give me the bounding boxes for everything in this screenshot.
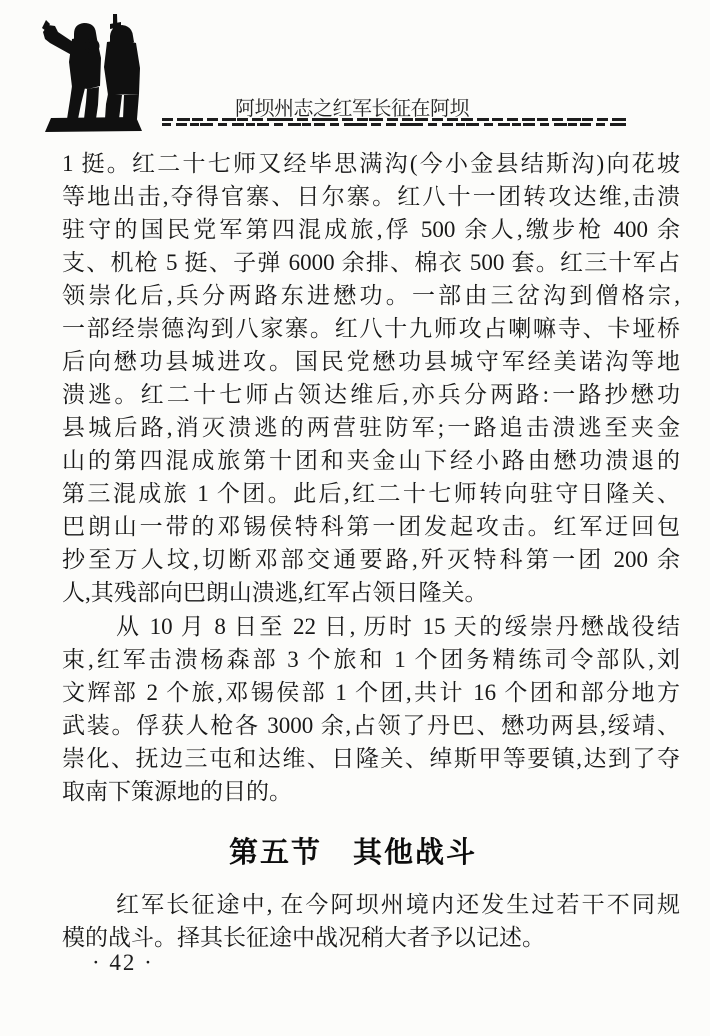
- text-line: 等地出击,夺得官寨、日尔寨。红八十一团转攻达维,击溃: [62, 180, 680, 213]
- header-dashed-rule: [162, 116, 626, 128]
- dash-row-bottom: [162, 123, 626, 126]
- text-line: 县城后路,消灭溃逃的两营驻防军;一路追击溃逃至夹金: [62, 411, 680, 444]
- text-line: 模的战斗。择其长征途中战况稍大者予以记述。: [62, 921, 680, 954]
- paragraph-campaign-summary: 从 10 月 8 日至 22 日, 历时 15 天的绥崇丹懋战役结束,红军击溃杨…: [62, 610, 680, 808]
- text-line: 从 10 月 8 日至 22 日, 历时 15 天的绥崇丹懋战役结: [62, 610, 680, 643]
- text-line: 第三混成旅 1 个团。此后,红二十七师转向驻守日隆关、: [62, 477, 680, 510]
- section-heading: 第五节 其他战斗: [62, 830, 680, 871]
- text-line: 武装。俘获人枪各 3000 余,占领了丹巴、懋功两县,绥靖、: [62, 709, 680, 742]
- text-line: 领崇化后,兵分两路东进懋功。一部由三岔沟到僧格宗,: [62, 279, 680, 312]
- scanned-book-page: 阿坝州志之红军长征在阿坝 1 挺。红二十七师又经毕思满沟(今小金县结斯沟)向花坡…: [0, 0, 710, 1036]
- text-line: 崇化、抚边三屯和达维、日隆关、绰斯甲等要镇,达到了夺: [62, 742, 680, 775]
- text-line: 束,红军击溃杨森部 3 个旅和 1 个团务精练司令部队,刘: [62, 643, 680, 676]
- text-line: 驻守的国民党军第四混成旅,俘 500 余人,缴步枪 400 余: [62, 213, 680, 246]
- page-number: · 42 ·: [92, 950, 154, 976]
- paragraph-other-battles-intro: 红军长征途中, 在今阿坝州境内还发生过若干不同规模的战斗。择其长征途中战况稍大者…: [62, 888, 680, 954]
- text-line: 抄至万人坟,切断邓部交通要路,歼灭特科第一团 200 余: [62, 543, 680, 576]
- red-army-soldiers-statue-icon: [36, 12, 154, 140]
- text-line: 后向懋功县城进攻。国民党懋功县城守军经美诺沟等地: [62, 345, 680, 378]
- text-line: 取南下策源地的目的。: [62, 775, 680, 808]
- text-line: 巴朗山一带的邓锡侯特科第一团发起攻击。红军迂回包: [62, 510, 680, 543]
- paragraph-battle-details: 1 挺。红二十七师又经毕思满沟(今小金县结斯沟)向花坡等地出击,夺得官寨、日尔寨…: [62, 147, 680, 609]
- text-line: 红军长征途中, 在今阿坝州境内还发生过若干不同规: [62, 888, 680, 921]
- text-line: 一部经崇德沟到八家寨。红八十九师攻占喇嘛寺、卡垭桥: [62, 312, 680, 345]
- text-line: 山的第四混成旅第十团和夹金山下经小路由懋功溃退的: [62, 444, 680, 477]
- text-line: 支、机枪 5 挺、子弹 6000 余排、棉衣 500 套。红三十军占: [62, 246, 680, 279]
- text-line: 溃逃。红二十七师占领达维后,亦兵分两路:一路抄懋功: [62, 378, 680, 411]
- text-line: 文辉部 2 个旅,邓锡侯部 1 个团,共计 16 个团和部分地方: [62, 676, 680, 709]
- text-line: 1 挺。红二十七师又经毕思满沟(今小金县结斯沟)向花坡: [62, 147, 680, 180]
- text-line: 人,其残部向巴朗山溃逃,红军占领日隆关。: [62, 576, 680, 609]
- dash-row-top: [162, 118, 626, 121]
